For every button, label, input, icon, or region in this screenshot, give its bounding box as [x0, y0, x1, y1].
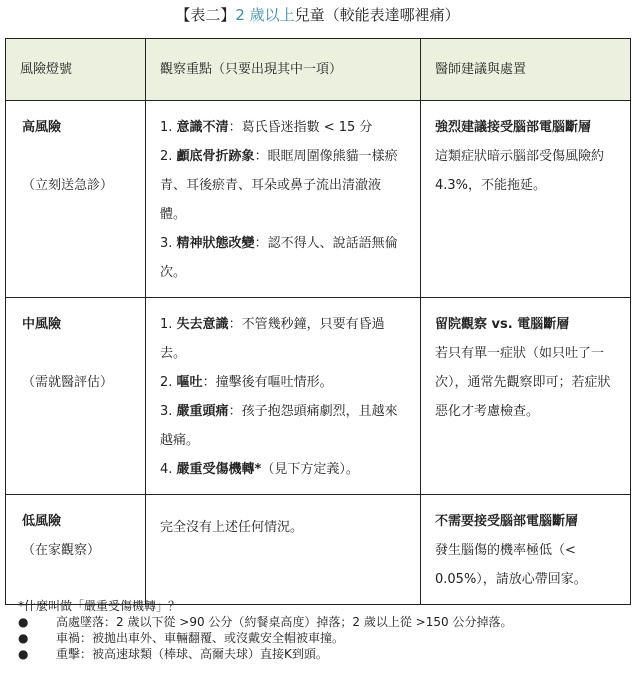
observations-cell: 1. 意識不清：葛氏昏迷指數 < 15 分 2. 顱底骨折跡象：眼眶周圍像熊貓一… [146, 101, 421, 298]
risk-table: 風險燈號 觀察重點（只要出現其中一項） 醫師建議與處置 高風險 （立刻送急診） … [5, 38, 631, 605]
header-advice: 醫師建議與處置 [421, 39, 631, 101]
caption-prefix: 【表二】 [175, 6, 235, 24]
advice-title: 不需要接受腦部電腦斷層 [435, 507, 616, 536]
observation-item: 2. 嘔吐：撞擊後有嘔吐情形。 [160, 368, 406, 397]
footnote-heading: *什麼叫做「嚴重受傷機轉」？ [18, 598, 628, 614]
caption-age-highlight: 2 歲以上 [235, 6, 294, 24]
bullet-icon: ● [18, 646, 56, 662]
advice-title: 留院觀察 vs. 電腦斷層 [435, 310, 616, 339]
caption-suffix: 兒童（較能表達哪裡痛） [295, 6, 460, 24]
table-header-row: 風險燈號 觀察重點（只要出現其中一項） 醫師建議與處置 [6, 39, 631, 101]
bullet-icon: ● [18, 614, 56, 630]
risk-level-label: 低風險 [22, 507, 145, 536]
header-observations: 觀察重點（只要出現其中一項） [146, 39, 421, 101]
table-row-medium-risk: 中風險 （需就醫評估） 1. 失去意識：不管幾秒鐘，只要有昏過去。 2. 嘔吐：… [6, 298, 631, 495]
risk-level-note: （需就醫評估） [22, 368, 145, 397]
risk-level-cell: 中風險 （需就醫評估） [6, 298, 146, 495]
table-caption: 【表二】2 歲以上兒童（較能表達哪裡痛） [0, 4, 635, 26]
footnote-item: ● 車禍：被拋出車外、車輛翻覆、或沒戴安全帽被車撞。 [18, 630, 628, 646]
table-row-low-risk: 低風險 （在家觀察） 完全沒有上述任何情況。 不需要接受腦部電腦斷層 發生腦傷的… [6, 495, 631, 605]
advice-cell: 強烈建議接受腦部電腦斷層 這類症狀暗示腦部受傷風險約 4.3%，不能拖延。 [421, 101, 631, 298]
advice-text: 若只有單一症狀（如只吐了一次），通常先觀察即可；若症狀惡化才考慮檢查。 [435, 339, 616, 426]
observation-item: 1. 失去意識：不管幾秒鐘，只要有昏過去。 [160, 310, 406, 368]
advice-cell: 不需要接受腦部電腦斷層 發生腦傷的機率極低（< 0.05%），請放心帶回家。 [421, 495, 631, 605]
advice-title: 強烈建議接受腦部電腦斷層 [435, 113, 616, 142]
advice-text: 發生腦傷的機率極低（< 0.05%），請放心帶回家。 [435, 536, 616, 594]
footnote: *什麼叫做「嚴重受傷機轉」？ ● 高處墜落：2 歲以下從 >90 公分（約餐桌高… [18, 598, 628, 662]
bullet-icon: ● [18, 630, 56, 646]
observation-plain: 完全沒有上述任何情況。 [160, 513, 406, 542]
observations-cell: 完全沒有上述任何情況。 [146, 495, 421, 605]
risk-level-cell: 高風險 （立刻送急診） [6, 101, 146, 298]
risk-level-cell: 低風險 （在家觀察） [6, 495, 146, 605]
advice-cell: 留院觀察 vs. 電腦斷層 若只有單一症狀（如只吐了一次），通常先觀察即可；若症… [421, 298, 631, 495]
observations-cell: 1. 失去意識：不管幾秒鐘，只要有昏過去。 2. 嘔吐：撞擊後有嘔吐情形。 3.… [146, 298, 421, 495]
risk-level-label: 高風險 [22, 113, 145, 142]
observation-item: 3. 嚴重頭痛：孩子抱怨頭痛劇烈，且越來越痛。 [160, 397, 406, 455]
table-row-high-risk: 高風險 （立刻送急診） 1. 意識不清：葛氏昏迷指數 < 15 分 2. 顱底骨… [6, 101, 631, 298]
observation-item: 4. 嚴重受傷機轉*（見下方定義）。 [160, 455, 406, 484]
risk-level-note: （在家觀察） [22, 536, 145, 565]
footnote-item: ● 重擊：被高速球類（棒球、高爾夫球）直接K到頭。 [18, 646, 628, 662]
risk-level-label: 中風險 [22, 310, 145, 339]
risk-level-note: （立刻送急診） [22, 171, 145, 200]
observation-item: 3. 精神狀態改變：認不得人、說話語無倫次。 [160, 229, 406, 287]
observation-item: 1. 意識不清：葛氏昏迷指數 < 15 分 [160, 113, 406, 142]
footnote-item: ● 高處墜落：2 歲以下從 >90 公分（約餐桌高度）掉落；2 歲以上從 >15… [18, 614, 628, 630]
observation-item: 2. 顱底骨折跡象：眼眶周圍像熊貓一樣瘀青、耳後瘀青、耳朵或鼻子流出清澈液體。 [160, 142, 406, 229]
header-risk-level: 風險燈號 [6, 39, 146, 101]
advice-text: 這類症狀暗示腦部受傷風險約 4.3%，不能拖延。 [435, 142, 616, 200]
